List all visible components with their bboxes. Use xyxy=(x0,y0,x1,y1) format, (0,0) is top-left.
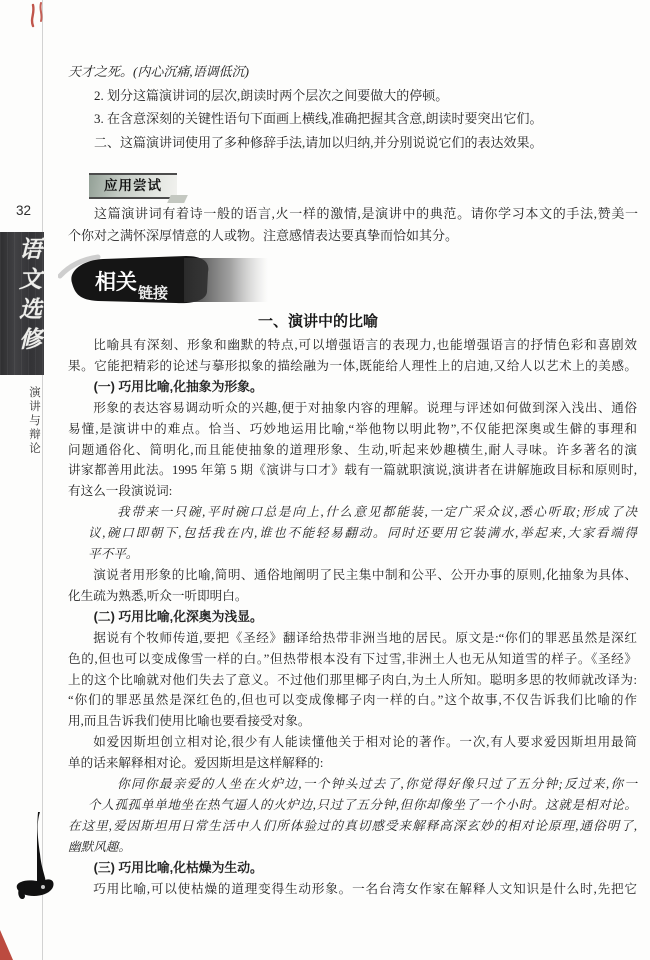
text-line: 比喻具有深刻、形象和幽默的特点,可以增强语言的表现力,也能增强语言的抒情色彩和喜… xyxy=(68,335,637,356)
text-line: 3. 在含意深刻的关键性语句下面画上横线,准确把握其含意,朗读时要突出它们。 xyxy=(68,107,638,131)
text-line: 化生疏为熟悉,听众一听即明白。 xyxy=(68,586,637,607)
application-practice-paragraph: 这篇演讲词有着诗一般的语言,火一样的激情,是演讲中的典范。请你学习本文的手法,赞… xyxy=(68,203,638,246)
text-line: 用,而且告诉我们使用比喻也要看接受对象。 xyxy=(68,711,637,732)
text-line: “你们的罪恶虽然是深红色的,但也可以变成像椰子肉一样的白。”这个故事,不仅告诉我… xyxy=(68,690,637,711)
red-corner-mark xyxy=(0,930,13,960)
exercise-list: 天才之死。(内心沉痛,语调低沉)2. 划分这篇演讲词的层次,朗读时两个层次之间要… xyxy=(68,60,638,154)
page-number: 32 xyxy=(16,203,31,218)
application-practice-label: 应用尝试 xyxy=(104,178,162,193)
subseries-title: 演讲与辩论 xyxy=(26,386,42,456)
text-line: 个你对之满怀深厚情意的人或物。注意感情表达要真挚而恰如其分。 xyxy=(68,225,638,247)
text-line: 你同你最亲爱的人坐在火炉边,一个钟头过去了,你觉得好像只过了五分钟;反过来,你一 xyxy=(88,774,637,795)
text-line: 个人孤孤单单地坐在热气逼人的火炉边,只过了五分钟,但你却像坐了一个小时。这就是相… xyxy=(88,795,637,816)
text-line: 巧用比喻,可以使枯燥的道理变得生动形象。一名台湾女作家在解释人文知识是什么时,先… xyxy=(68,879,637,900)
red-pen-mark-icon xyxy=(26,1,50,29)
text-line: 问题通俗化、简明化,而且能使抽象的道理形象、生动,听起来妙趣横生,耐人寻味。许多… xyxy=(68,440,637,461)
text-line: 单的话来解释相对论。爱因斯坦是这样解释的: xyxy=(68,753,637,774)
related-links-banner: 相关 链接 xyxy=(58,254,273,306)
text-line: 易懂,是演讲中的难点。恰当、巧妙地运用比喻,“举他物以明此物”,不仅能把深奥或生… xyxy=(68,419,637,440)
banner-main-label: 相关 xyxy=(95,270,137,294)
text-line: (一) 巧用比喻,化抽象为形象。 xyxy=(68,377,637,398)
section-heading: 一、演讲中的比喻 xyxy=(68,310,568,331)
text-line: 议,碗口即朝下,包括我在内,谁也不能轻易翻动。同时还要用它装满水,举起来,大家看… xyxy=(88,523,637,544)
text-line: (二) 巧用比喻,化深奥为浅显。 xyxy=(68,607,637,628)
text-line: 如爱因斯坦创立相对论,很少有人能读懂他关于相对论的著作。一次,有人要求爱因斯坦用… xyxy=(68,732,637,753)
text-line: 在这里,爱因斯坦用日常生活中人们所体验过的真切感受来解释高深玄妙的相对论原理,通… xyxy=(68,816,637,837)
series-title-block: 语文选修 xyxy=(0,232,44,375)
text-line: 讲家都善用此法。1995 年第 5 期《演讲与口才》载有一篇就职演说,演讲者在讲… xyxy=(68,460,637,481)
banner-sub-label: 链接 xyxy=(138,284,168,302)
series-title-calligraphy: 语文选修 xyxy=(13,237,43,357)
main-body-text: 比喻具有深刻、形象和幽默的特点,可以增强语言的表现力,也能增强语言的抒情色彩和喜… xyxy=(68,335,637,899)
text-line: 据说有个牧师传道,要把《圣经》翻译给热带非洲当地的居民。原文是:“你们的罪恶虽然… xyxy=(68,628,637,649)
text-line: 形象的表达容易调动听众的兴趣,便于对抽象内容的理解。说理与评述如何做到深入浅出、… xyxy=(68,398,637,419)
text-line: 有这么一段演说词: xyxy=(68,481,637,502)
text-line: 演说者用形象的比喻,简明、通俗地阐明了民主集中制和公平、公开办事的原则,化抽象为… xyxy=(68,565,637,586)
text-line: 我带来一只碗,平时碗口总是向上,什么意见都能装,一定广采众议,悉心听取;形成了决 xyxy=(88,502,637,523)
text-line: 这篇演讲词有着诗一般的语言,火一样的激情,是演讲中的典范。请你学习本文的手法,赞… xyxy=(68,203,638,225)
ink-brush-figure-icon xyxy=(14,810,58,906)
text-line: 色的,但也可以变成像雪一样的白。”但热带根本没有下过雪,非洲土人也无从知道雪的样… xyxy=(68,649,637,670)
application-practice-box: 应用尝试 xyxy=(89,173,177,199)
text-line: 天才之死。(内心沉痛,语调低沉) xyxy=(68,60,638,84)
textbook-page: 32 语文选修 演讲与辩论 天才之死。(内心沉痛,语调低沉)2. 划分这篇演讲词… xyxy=(0,0,650,960)
text-line: 上的这个比喻就对他们失去了意义。不过他们那里椰子肉白,为土人所知。聪明多思的牧师… xyxy=(68,670,637,691)
text-line: (三) 巧用比喻,化枯燥为生动。 xyxy=(68,858,637,879)
text-line: 平不平。 xyxy=(88,544,637,565)
text-line: 2. 划分这篇演讲词的层次,朗读时两个层次之间要做大的停顿。 xyxy=(68,84,638,108)
text-line: 二、这篇演讲词使用了多种修辞手法,请加以归纳,并分别说说它们的表达效果。 xyxy=(68,131,638,155)
text-line: 幽默风趣。 xyxy=(68,837,637,858)
text-line: 果。它能把精彩的论述与摹形拟象的描绘融为一体,既能给人理性上的启迪,又给人以艺术… xyxy=(68,356,637,377)
